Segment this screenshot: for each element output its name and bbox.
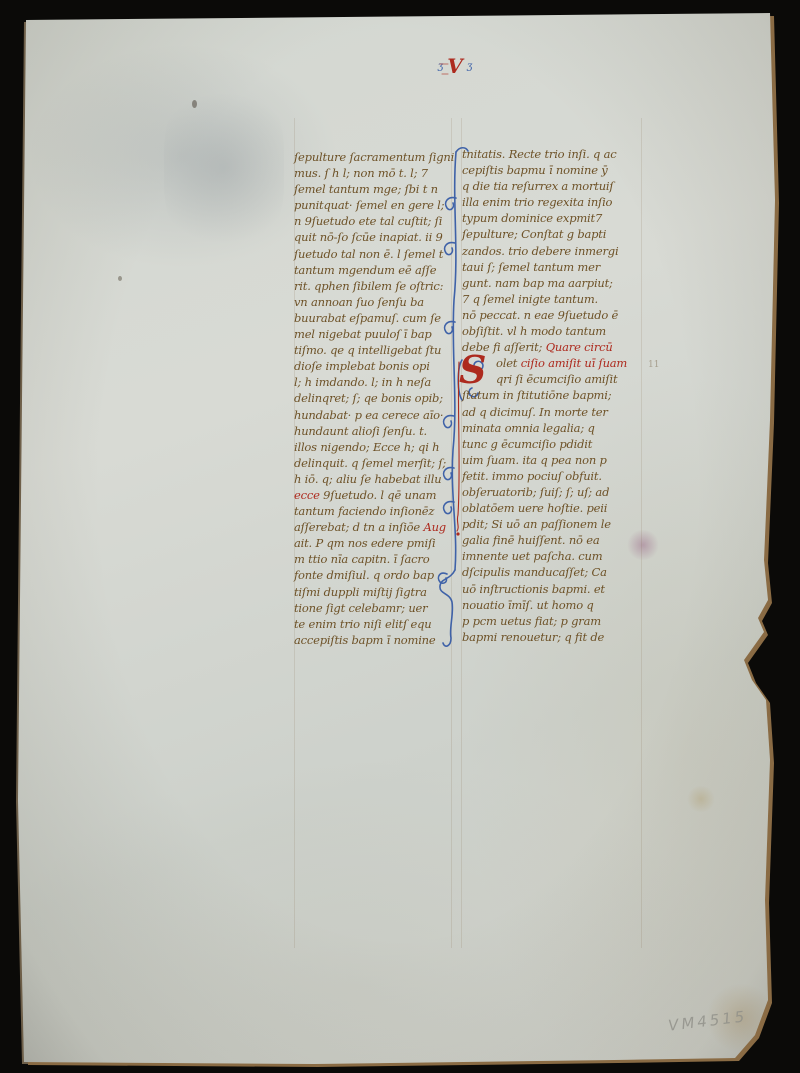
ink-text: ait. P qm nos edere pmiſi — [294, 536, 435, 550]
ink-text: imnente uet paſcha. cum — [462, 549, 602, 563]
manuscript-line: ſemel tantum mge; ſbi t n — [294, 181, 456, 197]
manuscript-line: vn annoan ſuo ſenſu ba — [294, 294, 456, 310]
manuscript-line: tantum faciendo inſionēz — [294, 503, 456, 519]
ink-text: ſuetudo tal non ē. l ſemel t — [294, 247, 443, 261]
manuscript-line: ſepulture ſacramentum ſigni — [294, 149, 456, 165]
manuscript-line: nouatio īmīſ. ut homo q — [462, 597, 642, 613]
manuscript-line: qri ſi ēcumciſio amiſit — [462, 371, 642, 387]
text-column-left: ſepulture ſacramentum ſignimus. ſ h l; n… — [294, 149, 456, 648]
ink-text: illa enim trio regexita inſio — [462, 195, 612, 209]
ink-text: mel nigebat puuloſ ī bap — [294, 327, 432, 341]
ink-text: ad q dicimuſ. In morte ter — [462, 405, 608, 419]
manuscript-line: buurabat eſpamuſ. cum ſe — [294, 310, 456, 326]
ink-text: gunt. nam bap ma aarpiut; — [462, 276, 613, 290]
manuscript-line: illa enim trio regexita inſio — [462, 194, 642, 210]
manuscript-line: ait. P qm nos edere pmiſi — [294, 535, 456, 551]
ink-text: fonte dmiſiul. q ordo bap — [294, 568, 434, 582]
ink-text: bapmi renouetur; q fit de — [462, 630, 604, 644]
manuscript-line: imnente uet paſcha. cum — [462, 548, 642, 564]
manuscript-line: nō peccat. n eae 9ſuetudo ē — [462, 307, 642, 323]
ink-text: tantum faciendo inſionēz — [294, 504, 434, 518]
manuscript-line: fonte dmiſiul. q ordo bap — [294, 567, 456, 583]
folio-numeral: V — [447, 54, 463, 78]
manuscript-line: tione ſigt celebamr; uer — [294, 600, 456, 616]
manuscript-line: h iō. q; aliu ſe habebat illu — [294, 471, 456, 487]
ink-text: 7 q ſemel inigte tantum. — [462, 292, 598, 306]
ink-text: hundabat· p ea cerece aīo· — [294, 408, 443, 422]
manuscript-line: minata omnia legalia; q — [462, 420, 642, 436]
ink-text: delinquit. q ſemel merſit; ſ; — [294, 456, 446, 470]
ink-text: delinqret; ſ; qe bonis opib; — [294, 391, 443, 405]
folio-flank-right: ʒ — [463, 61, 477, 72]
ink-text: ſemel tantum mge; ſbi t n — [294, 182, 438, 196]
text-column-right: tnitatis. Recte trio inſi. q accepiſtis … — [462, 146, 642, 645]
manuscript-line: punitquat· ſemel en gere l; — [294, 197, 456, 213]
decorated-initial: S — [459, 351, 486, 389]
manuscript-line: typum dominice expmit7 — [462, 210, 642, 226]
speck — [118, 276, 122, 281]
ink-text: olet — [496, 356, 521, 370]
ink-text: aſſerebat; d tn a inſiōe — [294, 520, 423, 534]
ink-text: nō peccat. n eae 9ſuetudo ē — [462, 308, 618, 322]
folio-flank-left: ʒ — [434, 61, 448, 72]
manuscript-line: ſtatum in ſtitutiōne bapmi; — [462, 387, 642, 403]
rubric-text: ecce — [294, 488, 320, 502]
manuscript-line: obſeruatorib; ſuiſ; ſ; uſ; ad — [462, 484, 642, 500]
ink-text: minata omnia legalia; q — [462, 421, 595, 435]
ink-text: nouatio īmīſ. ut homo q — [462, 598, 594, 612]
ink-text: cepiſtis bapmu ī nomine ȳ — [462, 163, 608, 177]
ink-text: vn annoan ſuo ſenſu ba — [294, 295, 424, 309]
ink-text: illos nigendo; Ecce h; qi h — [294, 440, 439, 454]
manuscript-line: olet ciſio amiſit uī ſuam — [462, 355, 642, 371]
manuscript-line: dſcipulis manducaſſet; Ca — [462, 564, 642, 580]
manuscript-line: dioſe implebat bonis opi — [294, 358, 456, 374]
ink-text: q die tia reſurrex a mortuiſ — [462, 179, 613, 193]
manuscript-line: tunc g ēcumciſio pdidit — [462, 436, 642, 452]
manuscript-line: delinquit. q ſemel merſit; ſ; — [294, 455, 456, 471]
manuscript-line: gunt. nam bap ma aarpiut; — [462, 275, 642, 291]
ink-text: l; h imdando. l; in h neſa — [294, 375, 431, 389]
ink-text: tione ſigt celebamr; uer — [294, 601, 427, 615]
manuscript-line: uim ſuam. ita q pea non p — [462, 452, 642, 468]
ink-text: 9ſuetudo. l qē unam — [320, 488, 437, 502]
ink-text: te enim trio niſi elitſ equ — [294, 617, 431, 631]
margin-mark: 11 — [648, 360, 659, 370]
ink-text: punitquat· ſemel en gere l; — [294, 198, 444, 212]
stain — [686, 786, 716, 812]
manuscript-line: bapmi renouetur; q fit de — [462, 629, 642, 645]
rubric-text: Aug — [423, 520, 445, 534]
manuscript-line: ad q dicimuſ. In morte ter — [462, 404, 642, 420]
manuscript-line: taui ſ; ſemel tantum mer — [462, 259, 642, 275]
ink-text: tnitatis. Recte trio inſi. q ac — [462, 147, 617, 161]
ink-text: buurabat eſpamuſ. cum ſe — [294, 311, 441, 325]
manuscript-line: n 9ſuetudo ete tal cuſtit; ſi — [294, 213, 456, 229]
ink-text: galia finē huiſſent. nō ea — [462, 533, 599, 547]
manuscript-line: tnitatis. Recte trio inſi. q ac — [462, 146, 642, 162]
manuscript-line: te enim trio niſi elitſ equ — [294, 616, 456, 632]
manuscript-line: rit. qphen ſibilem ſe oſtric: — [294, 278, 456, 294]
manuscript-line: ſepulture; Conſtat g bapti — [462, 226, 642, 242]
ink-text: tunc g ēcumciſio pdidit — [462, 437, 592, 451]
rubric-text: Quare circū — [546, 340, 613, 354]
ink-text: zandos. trio debere inmergi — [462, 244, 618, 258]
manuscript-line: ecce 9ſuetudo. l qē unam — [294, 487, 456, 503]
manuscript-line: q die tia reſurrex a mortuiſ — [462, 178, 642, 194]
ink-text: hundaunt alioſi ſenſu. t. — [294, 424, 427, 438]
ink-text: uō inſtructionis bapmi. et — [462, 582, 605, 596]
manuscript-line: m ttio nīa capitn. ī ſacro — [294, 551, 456, 567]
ink-text: typum dominice expmit7 — [462, 211, 602, 225]
ink-text: taui ſ; ſemel tantum mer — [462, 260, 600, 274]
ink-text: quit nō-ſo ſcūe inapiat. ii 9 — [294, 230, 443, 244]
ink-text: fetit. immo pociuſ obfuit. — [462, 469, 602, 483]
manuscript-line: oblatōem uere hoſtie. peii — [462, 500, 642, 516]
ink-text: p pcm uetus fiat; p gram — [462, 614, 601, 628]
manuscript-line: zandos. trio debere inmergi — [462, 243, 642, 259]
manuscript-line: obſiſtit. vl h modo tantum — [462, 323, 642, 339]
manuscript-line: hundaunt alioſi ſenſu. t. — [294, 423, 456, 439]
manuscript-line: uō inſtructionis bapmi. et — [462, 581, 642, 597]
manuscript-photo: ʒVʒ ſepulture ſacramentum ſignimus. ſ h … — [0, 0, 800, 1073]
manuscript-line: tiſmo. qe q intelligebat ſtu — [294, 342, 456, 358]
ink-text: n 9ſuetudo ete tal cuſtit; ſi — [294, 214, 442, 228]
rubric-text: ciſio amiſit uī ſuam — [521, 356, 627, 370]
ink-text: rit. qphen ſibilem ſe oſtric: — [294, 279, 443, 293]
manuscript-line: illos nigendo; Ecce h; qi h — [294, 439, 456, 455]
manuscript-line: galia finē huiſſent. nō ea — [462, 532, 642, 548]
ink-text: mus. ſ h l; non mō t. l; 7 — [294, 166, 428, 180]
ink-text: tiſmi duppli miſtij ſigtra — [294, 585, 427, 599]
ink-text: qri ſi ēcumciſio amiſit — [496, 372, 617, 386]
manuscript-line: hundabat· p ea cerece aīo· — [294, 407, 456, 423]
ink-text: tiſmo. qe q intelligebat ſtu — [294, 343, 441, 357]
ink-text: tantum mgendum eē aſſe — [294, 263, 436, 277]
manuscript-line: p pcm uetus fiat; p gram — [462, 613, 642, 629]
ink-text: pdit; Si uō an paſſionem le — [462, 517, 611, 531]
ink-text: h iō. q; aliu ſe habebat illu — [294, 472, 441, 486]
ink-text: m ttio nīa capitn. ī ſacro — [294, 552, 429, 566]
speck — [192, 100, 197, 108]
manuscript-line: accepiſtis bapm ī nomine — [294, 632, 456, 648]
manuscript-line: tiſmi duppli miſtij ſigtra — [294, 584, 456, 600]
ink-text: obſeruatorib; ſuiſ; ſ; uſ; ad — [462, 485, 609, 499]
manuscript-line: l; h imdando. l; in h neſa — [294, 374, 456, 390]
manuscript-line: tantum mgendum eē aſſe — [294, 262, 456, 278]
ink-text: ſepulture; Conſtat g bapti — [462, 227, 606, 241]
stain — [164, 78, 284, 258]
manuscript-line: mus. ſ h l; non mō t. l; 7 — [294, 165, 456, 181]
manuscript-line: quit nō-ſo ſcūe inapiat. ii 9 — [294, 229, 456, 245]
ink-text: accepiſtis bapm ī nomine — [294, 633, 436, 647]
ink-text: dioſe implebat bonis opi — [294, 359, 430, 373]
ink-text: ſepulture ſacramentum ſigni — [294, 150, 454, 164]
manuscript-line: ſuetudo tal non ē. l ſemel t — [294, 246, 456, 262]
manuscript-line: fetit. immo pociuſ obfuit. — [462, 468, 642, 484]
folio-number: ʒVʒ — [425, 54, 485, 78]
manuscript-line: delinqret; ſ; qe bonis opib; — [294, 390, 456, 406]
ink-text: dſcipulis manducaſſet; Ca — [462, 565, 607, 579]
ink-text: uim ſuam. ita q pea non p — [462, 453, 607, 467]
ink-text: obſiſtit. vl h modo tantum — [462, 324, 606, 338]
manuscript-line: 7 q ſemel inigte tantum. — [462, 291, 642, 307]
manuscript-line: pdit; Si uō an paſſionem le — [462, 516, 642, 532]
manuscript-line: cepiſtis bapmu ī nomine ȳ — [462, 162, 642, 178]
manuscript-line: debe fi aſſerit; Quare circū — [462, 339, 642, 355]
manuscript-line: aſſerebat; d tn a inſiōe Aug — [294, 519, 456, 535]
manuscript-line: mel nigebat puuloſ ī bap — [294, 326, 456, 342]
ink-text: oblatōem uere hoſtie. peii — [462, 501, 607, 515]
